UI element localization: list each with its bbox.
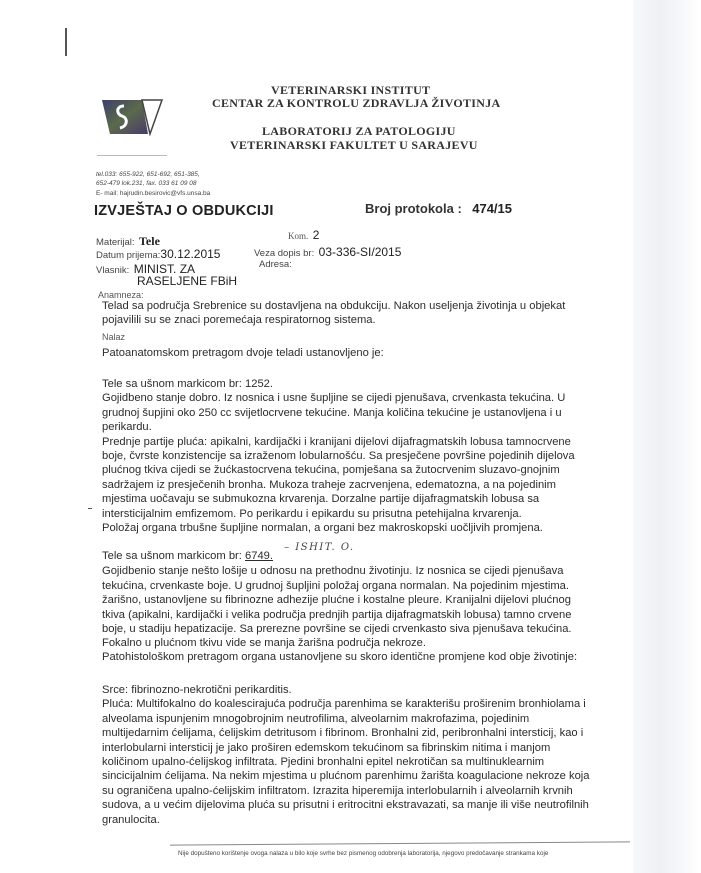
kom-value: 2 xyxy=(313,228,320,242)
protocol-number-block: Broj protokola : 474/15 xyxy=(365,200,512,218)
handwritten-note: – ISHIT. O. xyxy=(284,542,355,553)
contact-fax: 652-479 lok.231, fax. 033 61 09 08 xyxy=(96,179,196,188)
protocol-number: 474/15 xyxy=(472,201,512,216)
footer-disclaimer: Nije dopušteno korištenje ovoga nalaza u… xyxy=(178,850,548,857)
owner-label: Vlasnik: xyxy=(96,265,129,276)
anamnesis-text: Telad sa područja Srebrenice su dostavlj… xyxy=(102,299,622,328)
margin-pen-mark xyxy=(65,28,67,56)
scan-edge-shadow xyxy=(633,0,701,873)
owner-value-line2: RASELJENE FBiH xyxy=(137,274,237,288)
reference-value: 03-336-SI/2015 xyxy=(319,245,402,259)
header-divider xyxy=(97,155,167,156)
findings-intro: Patoanatomskom pretragom dvoje teladi us… xyxy=(102,346,622,360)
histopathology-intro: Patohistološkom pretragom organa ustanov… xyxy=(102,650,622,664)
kom-label: Kom. xyxy=(288,231,308,241)
date-received-value: 30.12.2015 xyxy=(160,247,220,261)
kom-field: Kom. 2 xyxy=(288,226,319,244)
calf-2-tag-number: 6749. xyxy=(245,550,273,562)
report-title: IZVJEŠTAJ O OBDUKCIJI xyxy=(94,203,274,219)
margin-dash-mark xyxy=(88,508,92,509)
reference-label: Veza dopis br: xyxy=(254,248,314,259)
histopathology-findings: Srce: fibrinozno-nekrotični perikarditis… xyxy=(102,683,622,827)
address-label: Adresa: xyxy=(259,259,292,270)
calf-2-findings: Tele sa ušnom markicom br: 6749. – ISHIT… xyxy=(102,549,622,651)
calf-1-findings: Tele sa ušnom markicom br: 1252. Gojidbe… xyxy=(102,377,622,535)
footer-divider xyxy=(170,841,630,845)
protocol-label: Broj protokola : xyxy=(365,201,462,216)
calf-2-heading: Tele sa ušnom markicom br: 6749. – ISHIT… xyxy=(102,549,622,564)
contact-email: E- mail: hajrudin.besirovic@vfs.unsa.ba xyxy=(96,190,210,197)
findings-label: Nalaz xyxy=(102,332,125,342)
faculty-name: VETERINARSKI FAKULTET U SARAJEVU xyxy=(230,138,478,153)
lab-name: LABORATORIJ ZA PATOLOGIJU xyxy=(262,124,456,139)
contact-phone: tel.033: 655-922, 651-692, 651-385, xyxy=(96,170,200,179)
calf-1-heading: Tele sa ušnom markicom br: 1252. xyxy=(102,377,622,391)
vfs-logo-icon xyxy=(102,98,164,136)
institute-subtitle: CENTAR ZA KONTROLU ZDRAVLJA ŽIVOTINJA xyxy=(212,96,500,111)
